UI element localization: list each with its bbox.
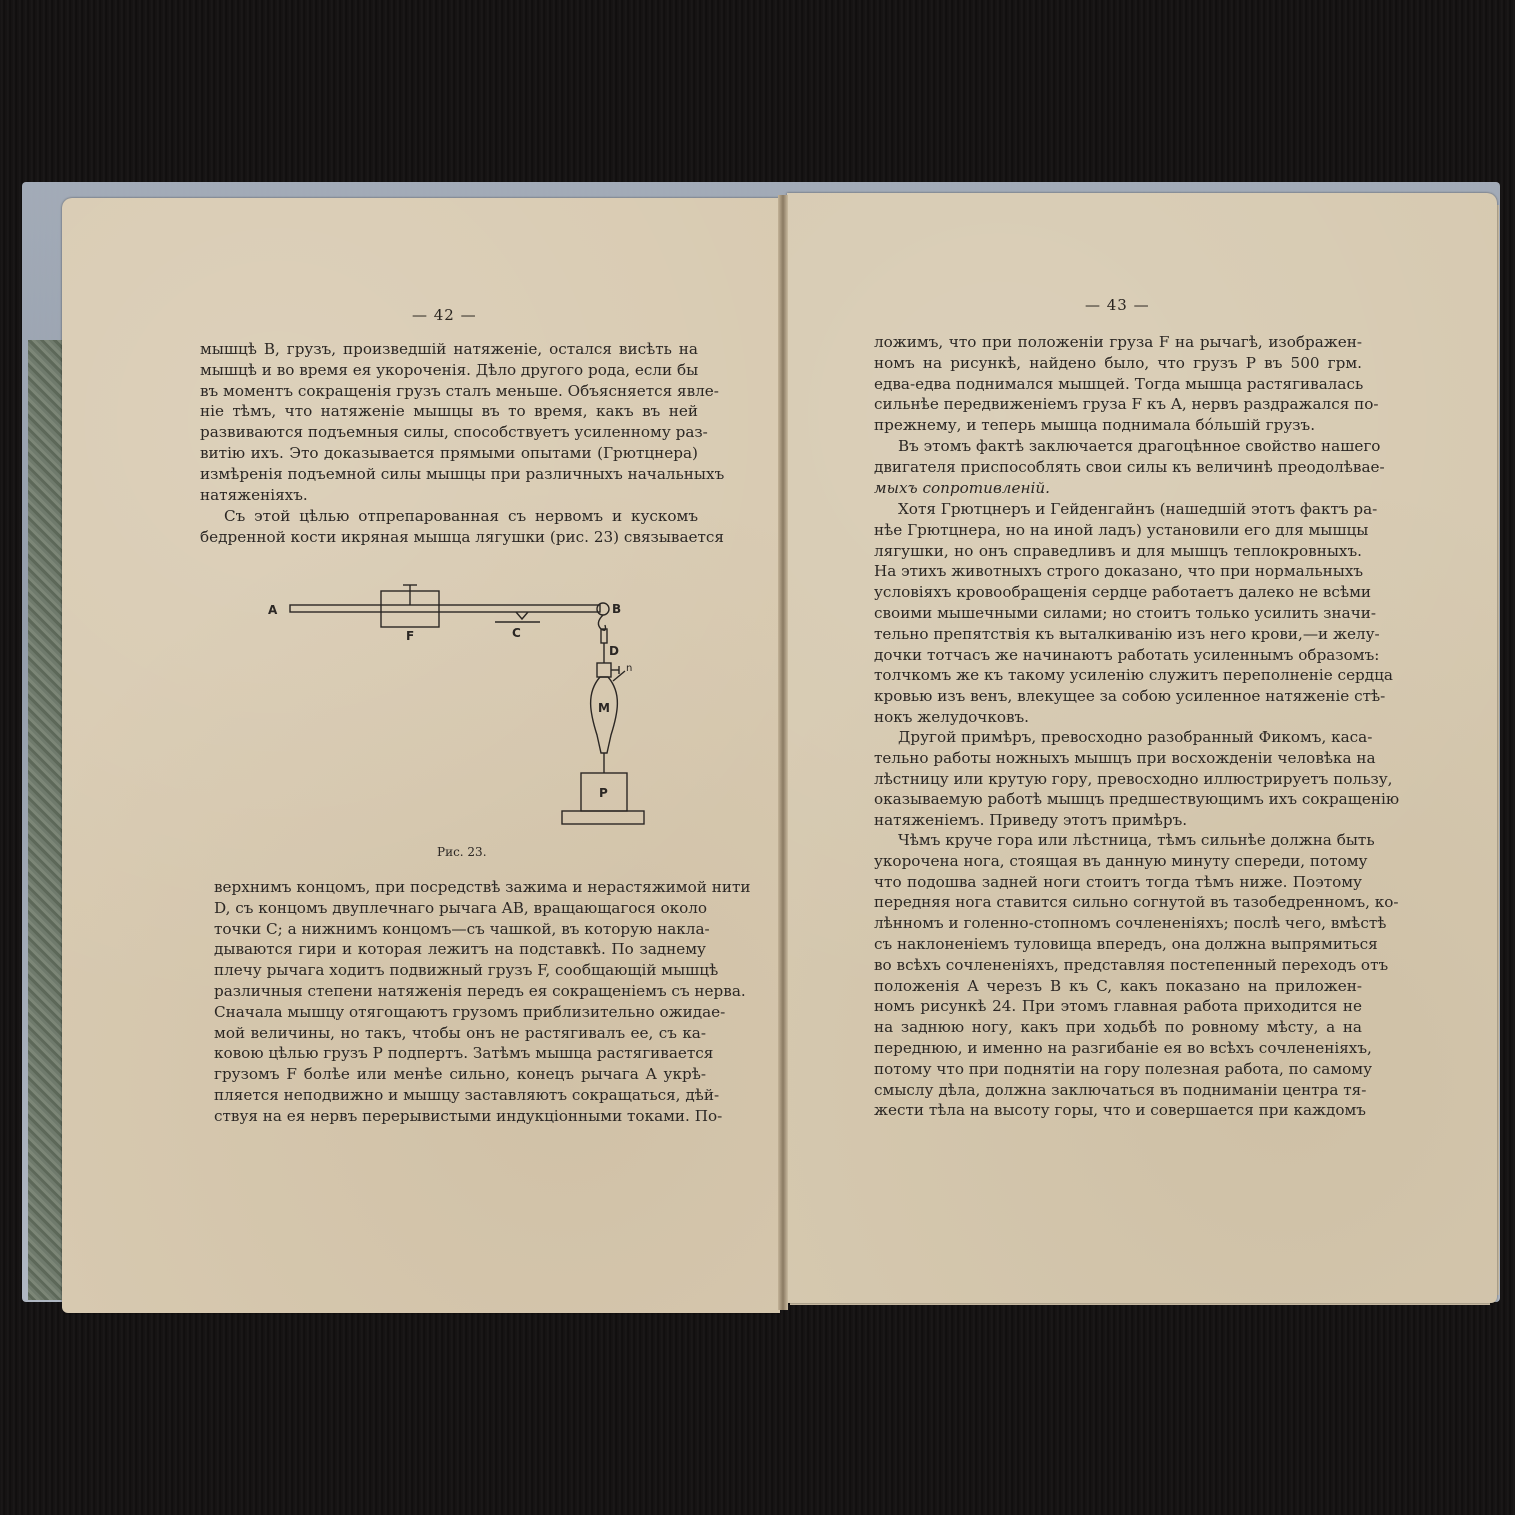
text-line: мышцѣ B, грузъ, произведшій натяженіе, о… bbox=[200, 339, 698, 360]
text-line: измѣренія подъемной силы мышцы при разли… bbox=[200, 464, 698, 485]
right-para-1: ложимъ, что при положеніи груза F на рыч… bbox=[874, 332, 1362, 436]
text-line: Съ этой цѣлью отпрепарованная съ нервомъ… bbox=[200, 506, 698, 527]
figure-label-p: P bbox=[599, 786, 608, 800]
text-line: витію ихъ. Это доказывается прямыми опыт… bbox=[200, 443, 698, 464]
text-line: ніе тѣмъ, что натяженіе мышцы въ то врем… bbox=[200, 401, 698, 422]
text-line: жести тѣла на высоту горы, что и соверша… bbox=[874, 1100, 1362, 1121]
text-line: передняя нога ставится сильно согнутой в… bbox=[874, 892, 1362, 913]
text-line: толчкомъ же къ такому усиленію служитъ п… bbox=[874, 665, 1362, 686]
text-line: нокъ желудочковъ. bbox=[874, 707, 1362, 728]
text-line: тельно препятствія къ выталкиванію изъ н… bbox=[874, 624, 1362, 645]
text-line: укорочена нога, стоящая въ данную минуту… bbox=[874, 851, 1362, 872]
figure-label-b: B bbox=[612, 602, 621, 616]
text-line: дываются гири и которая лежитъ на подста… bbox=[214, 939, 706, 960]
text-line: номъ рисункѣ 24. При этомъ главная работ… bbox=[874, 996, 1362, 1017]
text-line: ствуя на ея нервъ перерывистыми индукціо… bbox=[214, 1106, 706, 1127]
left-para-1: мышцѣ B, грузъ, произведшій натяженіе, о… bbox=[200, 339, 698, 505]
text-line: ложимъ, что при положеніи груза F на рыч… bbox=[874, 332, 1362, 353]
figure-caption: Рис. 23. bbox=[437, 845, 487, 859]
text-line: Хотя Грютцнеръ и Гейденгайнъ (нашедшій э… bbox=[874, 499, 1362, 520]
text-line: ковою цѣлью грузъ P подпертъ. Затѣмъ мыш… bbox=[214, 1043, 706, 1064]
text-line: своими мышечными силами; но стоитъ тольк… bbox=[874, 603, 1362, 624]
text-line: плечу рычага ходитъ подвижный грузъ F, с… bbox=[214, 960, 706, 981]
page-number-right: — 43 — bbox=[1085, 296, 1150, 314]
text-line: условіяхъ кровообращенія сердце работает… bbox=[874, 582, 1362, 603]
text-line: грузомъ F болѣе или менѣе сильно, конецъ… bbox=[214, 1064, 706, 1085]
text-line: положенія A черезъ B къ C, какъ показано… bbox=[874, 976, 1362, 997]
text-line: номъ на рисункѣ, найдено было, что грузъ… bbox=[874, 353, 1362, 374]
text-line: что подошва задней ноги стоитъ тогда тѣм… bbox=[874, 872, 1362, 893]
text-line: двигателя приспособлять свои силы къ вел… bbox=[874, 457, 1362, 478]
left-para-3: верхнимъ концомъ, при посредствѣ зажима … bbox=[214, 877, 706, 1127]
text-line: мой величины, но такъ, чтобы онъ не раст… bbox=[214, 1023, 706, 1044]
text-line: различныя степени натяженія передъ ея со… bbox=[214, 981, 706, 1002]
text-line: натяженіемъ. Приведу этотъ примѣръ. bbox=[874, 810, 1362, 831]
text-line: На этихъ животныхъ строго доказано, что … bbox=[874, 561, 1362, 582]
text-line: прежнему, и теперь мышца поднимала бóльш… bbox=[874, 415, 1362, 436]
text-line: лѣнномъ и голенно-стопномъ сочлененіяхъ;… bbox=[874, 913, 1362, 934]
text-line: натяженіяхъ. bbox=[200, 485, 698, 506]
text-line: переднюю, и именно на разгибаніе ея во в… bbox=[874, 1038, 1362, 1059]
text-line: мыхъ сопротивленій. bbox=[874, 478, 1362, 499]
text-line: мышцѣ и во время ея укороченія. Дѣло дру… bbox=[200, 360, 698, 381]
text-line: тельно работы ножныхъ мышцъ при восхожде… bbox=[874, 748, 1362, 769]
text-line: точки C; а нижнимъ концомъ—съ чашкой, въ… bbox=[214, 919, 706, 940]
figure-label-n: n bbox=[626, 663, 632, 674]
figure-label-m: M bbox=[598, 701, 610, 715]
text-line: лягушки, но онъ справедливъ и для мышцъ … bbox=[874, 541, 1362, 562]
page-number-left: — 42 — bbox=[412, 306, 477, 324]
text-line: едва-едва поднимался мышцей. Тогда мышца… bbox=[874, 374, 1362, 395]
right-para-2: Въ этомъ фактѣ заключается драгоцѣнное с… bbox=[874, 436, 1362, 498]
text-line: смыслу дѣла, должна заключаться въ подни… bbox=[874, 1080, 1362, 1101]
figure-label-d: D bbox=[609, 644, 619, 658]
text-line: пляется неподвижно и мышцу заставляютъ с… bbox=[214, 1085, 706, 1106]
text-line: развиваются подъемныя силы, способствует… bbox=[200, 422, 698, 443]
text-line: D, съ концомъ двуплечнаго рычага AB, вра… bbox=[214, 898, 706, 919]
text-line: оказываемую работѣ мышцъ предшествующимъ… bbox=[874, 789, 1362, 810]
right-para-4: Другой примѣръ, превосходно разобранный … bbox=[874, 727, 1362, 831]
text-line: верхнимъ концомъ, при посредствѣ зажима … bbox=[214, 877, 706, 898]
text-line: Чѣмъ круче гора или лѣстница, тѣмъ сильн… bbox=[874, 830, 1362, 851]
text-line: нѣе Грютцнера, но на иной ладъ) установи… bbox=[874, 520, 1362, 541]
text-line: сильнѣе передвиженіемъ груза F къ A, нер… bbox=[874, 394, 1362, 415]
figure-label-f: F bbox=[406, 629, 414, 643]
book-gutter bbox=[778, 195, 788, 1310]
figure-label-c: C bbox=[512, 626, 521, 640]
figure-23-lever-apparatus: A B C D F M P n bbox=[260, 575, 660, 845]
text-line: лѣстницу или крутую гору, превосходно ил… bbox=[874, 769, 1362, 790]
text-line: кровью изъ венъ, влекущее за собою усиле… bbox=[874, 686, 1362, 707]
right-para-3: Хотя Грютцнеръ и Гейденгайнъ (нашедшій э… bbox=[874, 499, 1362, 728]
text-line: Сначала мышцу отягощаютъ грузомъ приблиз… bbox=[214, 1002, 706, 1023]
text-line: на заднюю ногу, какъ при ходьбѣ по ровно… bbox=[874, 1017, 1362, 1038]
figure-label-a: A bbox=[268, 603, 278, 617]
text-line: Другой примѣръ, превосходно разобранный … bbox=[874, 727, 1362, 748]
text-line: бедренной кости икряная мышца лягушки (р… bbox=[200, 527, 698, 548]
right-para-5: Чѣмъ круче гора или лѣстница, тѣмъ сильн… bbox=[874, 830, 1362, 1121]
text-line: дочки тотчасъ же начинаютъ работать усил… bbox=[874, 645, 1362, 666]
text-line: во всѣхъ сочлененіяхъ, представляя посте… bbox=[874, 955, 1362, 976]
text-line: потому что при поднятіи на гору полезная… bbox=[874, 1059, 1362, 1080]
text-line: съ наклоненіемъ туловища впередъ, она до… bbox=[874, 934, 1362, 955]
left-para-2: Съ этой цѣлью отпрепарованная съ нервомъ… bbox=[200, 506, 698, 548]
text-line: Въ этомъ фактѣ заключается драгоцѣнное с… bbox=[874, 436, 1362, 457]
text-line: въ моментъ сокращенія грузъ сталъ меньше… bbox=[200, 381, 698, 402]
